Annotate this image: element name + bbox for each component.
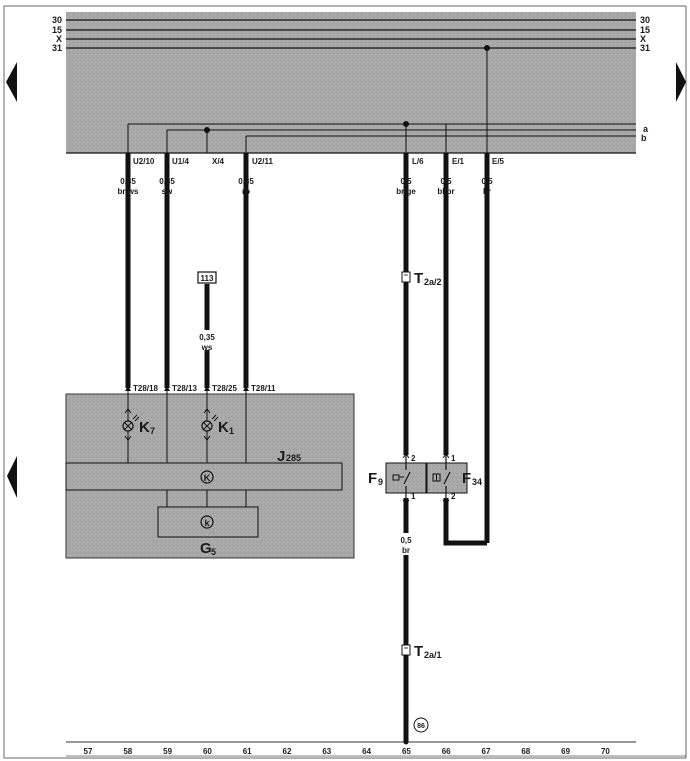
- instrument-cluster-panel: K k: [66, 388, 354, 558]
- ruler-tick: 66: [442, 747, 451, 756]
- svg-text:86: 86: [417, 723, 425, 730]
- ruler-tick: 65: [402, 747, 411, 756]
- prev-page-arrow-icon-lower[interactable]: [7, 456, 17, 498]
- svg-text:ws: ws: [201, 343, 213, 352]
- svg-text:9: 9: [378, 477, 383, 487]
- ruler-tick: 62: [283, 747, 292, 756]
- svg-text:E/5: E/5: [492, 157, 505, 166]
- svg-text:113: 113: [201, 274, 214, 283]
- ruler-tick: 58: [123, 747, 132, 756]
- svg-text:1: 1: [451, 454, 456, 463]
- ruler-tick: 57: [84, 747, 93, 756]
- svg-text:br/ws: br/ws: [118, 187, 139, 196]
- svg-text:0,35: 0,35: [120, 177, 136, 186]
- ruler-tick: 70: [601, 747, 610, 756]
- svg-text:T28/11: T28/11: [251, 384, 276, 393]
- ruler-tick: 67: [482, 747, 491, 756]
- ruler-tick: 60: [203, 747, 212, 756]
- svg-text:0,5: 0,5: [440, 177, 452, 186]
- svg-text:31: 31: [640, 43, 650, 53]
- svg-text:2a/1: 2a/1: [424, 650, 442, 660]
- svg-text:2: 2: [451, 492, 456, 501]
- svg-text:2a/2: 2a/2: [424, 277, 442, 287]
- ruler-tick: 69: [561, 747, 570, 756]
- svg-text:U2/11: U2/11: [252, 157, 273, 166]
- svg-text:T: T: [414, 270, 423, 287]
- svg-text:F: F: [368, 470, 377, 487]
- svg-text:br: br: [483, 187, 491, 196]
- svg-text:b: b: [641, 133, 647, 143]
- switch-f9: 2 1 F 9: [368, 454, 426, 504]
- svg-text:30: 30: [52, 15, 62, 25]
- svg-text:K: K: [204, 473, 211, 483]
- svg-text:U1/4: U1/4: [172, 157, 189, 166]
- svg-text:34: 34: [472, 477, 482, 487]
- svg-text:ro: ro: [242, 187, 250, 196]
- bus-labels-left: 30 15 X 31: [52, 15, 62, 53]
- central-electrics-panel: [66, 12, 636, 153]
- svg-text:br/ge: br/ge: [396, 187, 416, 196]
- ruler-tick: 59: [163, 747, 172, 756]
- ruler-tick: 61: [243, 747, 252, 756]
- svg-text:7: 7: [150, 426, 155, 436]
- ruler-tick: 63: [322, 747, 331, 756]
- svg-text:bl/br: bl/br: [437, 187, 454, 196]
- svg-text:0,35: 0,35: [159, 177, 175, 186]
- svg-text:K: K: [218, 419, 229, 436]
- svg-text:0,35: 0,35: [238, 177, 254, 186]
- svg-text:31: 31: [52, 43, 62, 53]
- svg-text:5: 5: [211, 547, 216, 557]
- svg-text:J: J: [277, 448, 285, 465]
- svg-text:0,5: 0,5: [400, 536, 412, 545]
- svg-text:G: G: [200, 540, 212, 557]
- svg-text:K: K: [139, 419, 150, 436]
- ruler-tick: 64: [362, 747, 371, 756]
- switch-f34: 1 2 F 34: [427, 454, 482, 504]
- svg-text:F: F: [462, 470, 471, 487]
- wiring-diagram: 30 15 X 31 30 15 X 31 a b U2/10 0,35 br/…: [0, 0, 690, 761]
- ruler-tick: 68: [521, 747, 530, 756]
- svg-text:L/6: L/6: [412, 157, 424, 166]
- svg-text:X/4: X/4: [212, 157, 225, 166]
- svg-text:2: 2: [411, 454, 416, 463]
- panel-pin-labels: T28/18 T28/13 T28/25 T28/11: [125, 384, 276, 393]
- ground-bus: [66, 740, 636, 745]
- lower-wire-label: 0,5 br: [399, 533, 413, 555]
- svg-text:0,35: 0,35: [199, 333, 215, 342]
- ground-reference-86[interactable]: 86: [414, 718, 428, 732]
- svg-text:E/1: E/1: [452, 157, 465, 166]
- svg-text:285: 285: [286, 453, 301, 463]
- svg-text:sw: sw: [162, 187, 173, 196]
- svg-text:T: T: [414, 643, 423, 660]
- svg-text:1: 1: [411, 492, 416, 501]
- prev-page-arrow-icon-top[interactable]: [6, 62, 17, 102]
- bus-labels-right: 30 15 X 31 a b: [640, 15, 650, 143]
- svg-text:0,5: 0,5: [400, 177, 412, 186]
- svg-text:T28/13: T28/13: [172, 384, 197, 393]
- svg-text:T28/25: T28/25: [212, 384, 237, 393]
- svg-text:T28/18: T28/18: [133, 384, 158, 393]
- svg-text:br: br: [402, 546, 410, 555]
- svg-text:1: 1: [229, 426, 234, 436]
- svg-text:30: 30: [640, 15, 650, 25]
- svg-text:U2/10: U2/10: [133, 157, 155, 166]
- svg-text:0,5: 0,5: [481, 177, 493, 186]
- next-page-arrow-icon[interactable]: [676, 62, 686, 102]
- column-ruler: 5758596061626364656667686970: [66, 747, 686, 756]
